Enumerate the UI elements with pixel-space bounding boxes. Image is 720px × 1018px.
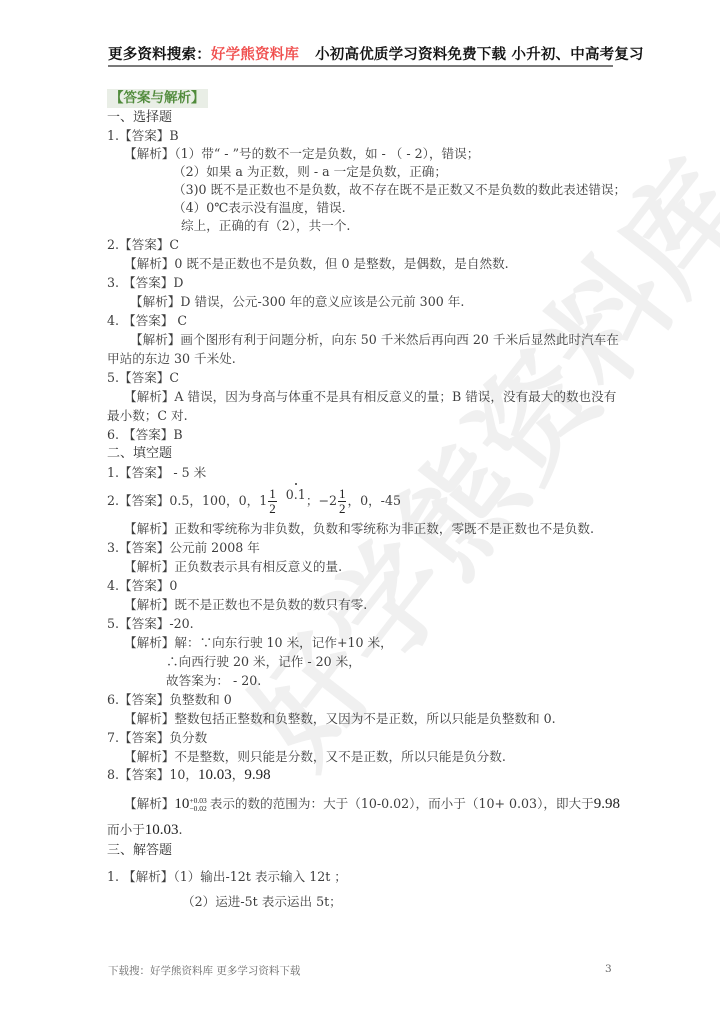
fill-q6-answer: 6.【答案】负整数和 0 (107, 692, 232, 708)
q4-analysis: 【解析】画个图形有利于问题分析，向东 50 千米然后再向西 20 千米后显然此时… (130, 332, 619, 348)
fill-q6-analysis: 【解析】整数包括正整数和负整数，又因为不是正数，所以只能是负整数和 0. (124, 711, 556, 727)
fill-q7-analysis: 【解析】不是整数，则只能是分数，又不是正数，所以只能是负分数. (124, 749, 506, 765)
page-header: 更多资料搜索：好学熊资料库小初高优质学习资料免费下载 小升初、中高考复习 (108, 43, 612, 65)
fraction: 12 (338, 487, 347, 516)
fill-q4-answer: 4.【答案】0 (107, 578, 177, 594)
page-number: 3 (605, 963, 612, 975)
header-prefix: 更多资料搜索： (108, 47, 211, 63)
section-title-choice: 一、选择题 (107, 110, 172, 126)
q1-answer: 1.【答案】B (107, 128, 179, 144)
fill-q5-analysis-line: ∴向西行驶 20 米，记作 - 20 米， (166, 654, 361, 670)
q5-answer: 5.【答案】C (107, 370, 179, 386)
q3-analysis: 【解析】D 错误，公元-300 年的意义应该是公元前 300 年. (130, 294, 464, 310)
q4-analysis-cont: 甲站的东边 30 千米处. (107, 351, 236, 367)
q5-analysis-cont: 最小数；C 对. (107, 408, 188, 424)
q1-analysis-line: （4）0℃表示没有温度，错误. (173, 200, 346, 216)
q1-analysis-line: 综上，正确的有（2），共一个. (181, 218, 350, 234)
section-title-fill: 二、填空题 (107, 446, 172, 462)
fill-q7-answer: 7.【答案】负分数 (107, 730, 207, 746)
q1-analysis-line: （3)0 既不是正数也不是负数，故不存在既不是正数又不是负数的数此表述错误； (173, 182, 626, 198)
fill-q8-answer: 8.【答案】10，10.03，9.98 (107, 767, 271, 783)
q5-analysis: 【解析】A 错误，因为身高与体重不是具有相反意义的量；B 错误，没有最大的数也没… (124, 389, 616, 405)
fill-q5-analysis-line: 故答案为： - 20. (166, 673, 261, 689)
tolerance: +0.03−0.02 (189, 797, 206, 813)
fill-q2-analysis: 【解析】正数和零统称为非负数，负数和零统称为非正数，零既不是正数也不是负数. (124, 521, 594, 537)
solve-q1-line: （2）运进-5t 表示运出 5t； (182, 894, 342, 910)
header-brand: 好学熊资料库 (211, 47, 299, 63)
fill-q8-analysis-cont: 而小于10.03. (107, 822, 183, 838)
q1-analysis-line: （2）如果 a 为正数，则 - a 一定是负数，正确； (173, 164, 447, 180)
fill-q3-answer: 3.【答案】公元前 2008 年 (107, 540, 260, 556)
header-slogan: 小初高优质学习资料免费下载 小升初、中高考复习 (315, 47, 644, 63)
fill-q5-analysis-line: 【解析】解：∵向东行驶 10 米，记作+10 米， (124, 635, 393, 651)
fill-q5-answer: 5.【答案】-20. (107, 616, 194, 632)
q2-answer: 2.【答案】C (107, 237, 179, 253)
section-title-solve: 三、解答题 (107, 843, 172, 859)
fill-q8-analysis: 【解析】10+0.03−0.02表示的数的范围为：大于（10-0.02），而小于… (124, 794, 620, 814)
header-divider (108, 65, 613, 67)
repeating-decimal: 0.1 (286, 487, 306, 502)
q6-answer: 6. 【答案】B (107, 427, 183, 443)
q3-answer: 3. 【答案】D (107, 275, 184, 291)
document-page: 更多资料搜索：好学熊资料库小初高优质学习资料免费下载 小升初、中高考复习 好学熊… (0, 0, 720, 1018)
fill-q4-analysis: 【解析】既不是正数也不是负数的数只有零. (124, 597, 367, 613)
q4-answer: 4. 【答案】 C (107, 313, 187, 329)
fill-q1-answer: 1.【答案】 - 5 米 (107, 465, 206, 481)
q2-analysis: 【解析】0 既不是正数也不是负数，但 0 是整数，是偶数，是自然数. (124, 256, 509, 272)
solve-q1-line: 1. 【解析】（1）输出-12t 表示输入 12t ； (107, 869, 347, 885)
footer-text: 下载搜：好学熊资料库 更多学习资料下载 (108, 963, 300, 978)
section-tag: 【答案与解析】 (107, 89, 208, 108)
q1-analysis-line: 【解析】（1）带“ - ”号的数不一定是负数，如 - （ - 2），错误； (124, 146, 479, 162)
fill-q2-answer: 2.【答案】0.5，100，0，112 0.1；−212，0，-45 (107, 486, 401, 518)
fraction: 12 (268, 487, 277, 516)
fill-q3-analysis: 【解析】正负数表示具有相反意义的量. (124, 559, 342, 575)
